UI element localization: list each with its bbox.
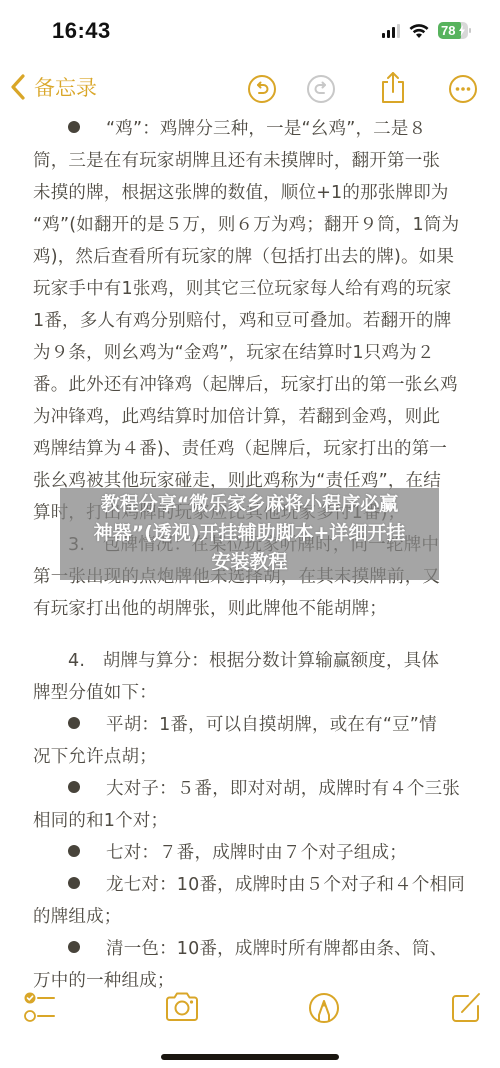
note-line: 为９条，则幺鸡为“金鸡”，玩家在结算时1只鸡为２ bbox=[33, 339, 435, 367]
bullet-icon bbox=[68, 877, 80, 889]
markup-button[interactable] bbox=[306, 990, 342, 1026]
markup-pen-icon bbox=[306, 990, 342, 1026]
note-line: “鸡”：鸡牌分三种，一是“幺鸡”，二是８ bbox=[68, 115, 426, 143]
note-line: 未摸的牌，根据这张牌的数值，顺位+1的那张牌即为 bbox=[33, 179, 449, 207]
bullet-icon bbox=[68, 717, 80, 729]
note-line: 龙七对：10番，成牌时由５个对子和４个相同 bbox=[68, 871, 465, 899]
redo-icon bbox=[306, 74, 336, 104]
note-line: 为冲锋鸡，此鸡结算时加倍计算，若翻到金鸡，则此 bbox=[33, 403, 440, 431]
checklist-icon bbox=[22, 990, 58, 1026]
note-line: 鸡牌结算为４番)、责任鸡（起牌后，玩家打出的第一 bbox=[33, 435, 447, 463]
more-button[interactable] bbox=[448, 74, 478, 104]
more-icon bbox=[448, 74, 478, 104]
checklist-button[interactable] bbox=[22, 990, 58, 1026]
bottom-toolbar bbox=[0, 990, 500, 1034]
compose-icon bbox=[448, 990, 484, 1026]
undo-icon bbox=[247, 74, 277, 104]
status-time: 16:43 bbox=[52, 18, 111, 44]
share-button[interactable] bbox=[378, 70, 408, 100]
title-overlay-banner: 教程分享“微乐家乡麻将小程序必赢 神器”(透视)开挂辅助脚本+详细开挂 安装教程 bbox=[60, 488, 439, 580]
note-line: “鸡”(如翻开的是５万，则６万为鸡；翻开９筒，1筒为 bbox=[33, 211, 459, 239]
battery-percent: 78 bbox=[441, 22, 455, 39]
note-line: 大对子：５番，即对对胡，成牌时有４个三张 bbox=[68, 775, 460, 803]
camera-icon bbox=[164, 990, 200, 1026]
note-line: 相同的和1个对； bbox=[33, 807, 168, 835]
cellular-signal-icon bbox=[382, 24, 400, 38]
bullet-icon bbox=[68, 121, 80, 133]
note-line: 4. 胡牌与算分：根据分数计算输赢额度，具体 bbox=[68, 647, 439, 675]
redo-button[interactable] bbox=[306, 74, 336, 104]
share-icon bbox=[378, 70, 408, 104]
note-line: 清一色：10番，成牌时所有牌都由条、筒、 bbox=[68, 935, 447, 963]
back-label: 备忘录 bbox=[34, 72, 97, 102]
note-line: 1番，多人有鸡分别赔付，鸡和豆可叠加。若翻开的牌 bbox=[33, 307, 451, 335]
chevron-left-icon bbox=[10, 74, 26, 100]
note-line: 七对：７番，成牌时由７个对子组成； bbox=[68, 839, 407, 867]
bullet-icon bbox=[68, 781, 80, 793]
camera-button[interactable] bbox=[164, 990, 200, 1026]
bullet-icon bbox=[68, 941, 80, 953]
wifi-icon bbox=[408, 23, 430, 39]
note-line: 牌型分值如下： bbox=[33, 679, 157, 707]
note-line: 平胡：1番，可以自摸胡牌，或在有“豆”情 bbox=[68, 711, 437, 739]
compose-button[interactable] bbox=[448, 990, 484, 1026]
note-line: 况下允许点胡； bbox=[33, 743, 157, 771]
note-line: 筒，三是在有玩家胡牌且还有未摸牌时，翻开第一张 bbox=[33, 147, 440, 175]
battery-icon: 78 bbox=[438, 22, 468, 39]
bullet-icon bbox=[68, 845, 80, 857]
note-line: 的牌组成； bbox=[33, 903, 122, 931]
back-button[interactable]: 备忘录 bbox=[10, 72, 97, 102]
home-indicator[interactable] bbox=[161, 1054, 339, 1060]
note-line: 玩家手中有1张鸡，则其它三位玩家每人给有鸡的玩家 bbox=[33, 275, 451, 303]
note-line: 有玩家打出他的胡牌张，则此牌他不能胡牌； bbox=[33, 595, 387, 623]
charging-bolt-icon bbox=[459, 25, 465, 36]
note-line: 鸡)，然后查看所有玩家的牌（包括打出去的牌)。如果 bbox=[33, 243, 454, 271]
nav-bar: 备忘录 bbox=[0, 66, 500, 112]
overlay-title: 教程分享“微乐家乡麻将小程序必赢 神器”(透视)开挂辅助脚本+详细开挂 安装教程 bbox=[60, 490, 439, 577]
status-icons: 78 bbox=[382, 22, 468, 39]
undo-button[interactable] bbox=[247, 74, 277, 104]
status-bar: 16:43 78 bbox=[0, 0, 500, 62]
note-line: 番。此外还有冲锋鸡（起牌后，玩家打出的第一张幺鸡 bbox=[33, 371, 458, 399]
